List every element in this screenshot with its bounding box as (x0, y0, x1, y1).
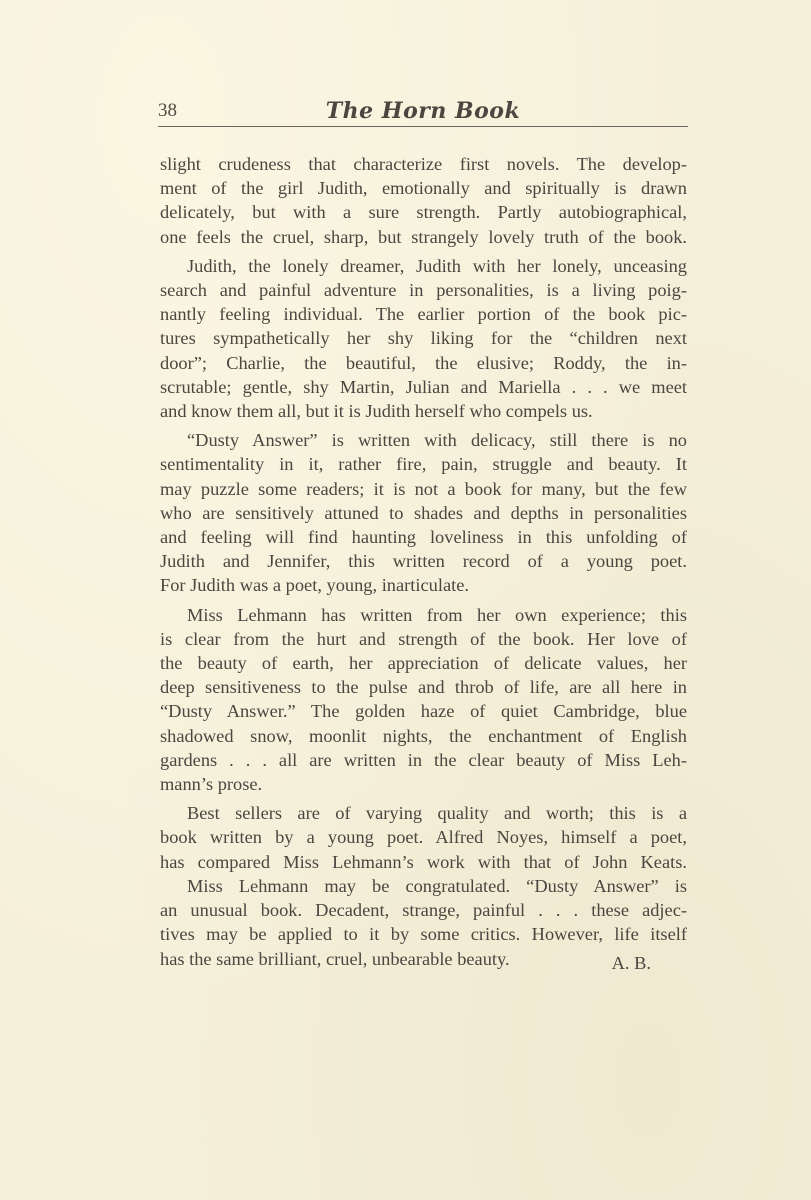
text-line: sentimentality in it, rather fire, pain,… (160, 452, 687, 476)
running-head: 38 The Horn Book (158, 96, 688, 126)
text-line: Miss Lehmann has written from her own ex… (160, 603, 687, 627)
paragraph-4: Miss Lehmann has written from her own ex… (160, 603, 687, 797)
text-line: Judith, the lonely dreamer, Judith with … (160, 254, 687, 278)
header-rule (158, 126, 688, 127)
text-line: has the same brilliant, cruel, unbearabl… (160, 947, 510, 975)
paragraph-6: Miss Lehmann may be congratulated. “Dust… (160, 874, 687, 975)
paragraph-2: Judith, the lonely dreamer, Judith with … (160, 254, 687, 423)
text-line: search and painful adventure in personal… (160, 278, 687, 302)
text-line: and feeling will find haunting lovelines… (160, 525, 687, 549)
text-line: one feels the cruel, sharp, but strangel… (160, 225, 687, 249)
text-line: “Dusty Answer” is written with delicacy,… (160, 428, 687, 452)
text-line: mann’s prose. (160, 772, 687, 796)
book-page: 38 The Horn Book slight crudeness that c… (0, 0, 811, 1200)
text-line: Miss Lehmann may be congratulated. “Dust… (160, 874, 687, 898)
paragraph-5: Best sellers are of varying quality and … (160, 801, 687, 874)
text-line: gardens . . . all are written in the cle… (160, 748, 687, 772)
text-line: and know them all, but it is Judith hers… (160, 399, 687, 423)
text-line: is clear from the hurt and strength of t… (160, 627, 687, 651)
paragraph-3: “Dusty Answer” is written with delicacy,… (160, 428, 687, 597)
journal-title: The Horn Book (158, 98, 688, 124)
text-line: has compared Miss Lehmann’s work with th… (160, 850, 687, 874)
text-line: book written by a young poet. Alfred Noy… (160, 825, 687, 849)
text-line: ment of the girl Judith, emotionally and… (160, 176, 687, 200)
text-line: door”; Charlie, the beautiful, the elusi… (160, 351, 687, 375)
text-line: slight crudeness that characterize first… (160, 152, 687, 176)
text-line: deep sensitiveness to the pulse and thro… (160, 675, 687, 699)
text-line: nantly feeling individual. The earlier p… (160, 302, 687, 326)
paragraph-1: slight crudeness that characterize first… (160, 152, 687, 249)
text-line: delicately, but with a sure strength. Pa… (160, 200, 687, 224)
text-line: tives may be applied to it by some criti… (160, 922, 687, 946)
text-line: Best sellers are of varying quality and … (160, 801, 687, 825)
article-body: slight crudeness that characterize first… (160, 152, 687, 980)
closing-line: has the same brilliant, cruel, unbearabl… (160, 947, 687, 975)
text-line: Judith and Jennifer, this written record… (160, 549, 687, 573)
text-line: tures sympathetically her shy liking for… (160, 326, 687, 350)
text-line: scrutable; gentle, shy Martin, Julian an… (160, 375, 687, 399)
text-line: the beauty of earth, her appreciation of… (160, 651, 687, 675)
text-line: an unusual book. Decadent, strange, pain… (160, 898, 687, 922)
text-line: “Dusty Answer.” The golden haze of quiet… (160, 699, 687, 723)
text-line: shadowed snow, moonlit nights, the encha… (160, 724, 687, 748)
author-initials: A. B. (612, 951, 651, 975)
text-line: For Judith was a poet, young, inarticula… (160, 573, 687, 597)
text-line: who are sensitively attuned to shades an… (160, 501, 687, 525)
text-line: may puzzle some readers; it is not a boo… (160, 477, 687, 501)
